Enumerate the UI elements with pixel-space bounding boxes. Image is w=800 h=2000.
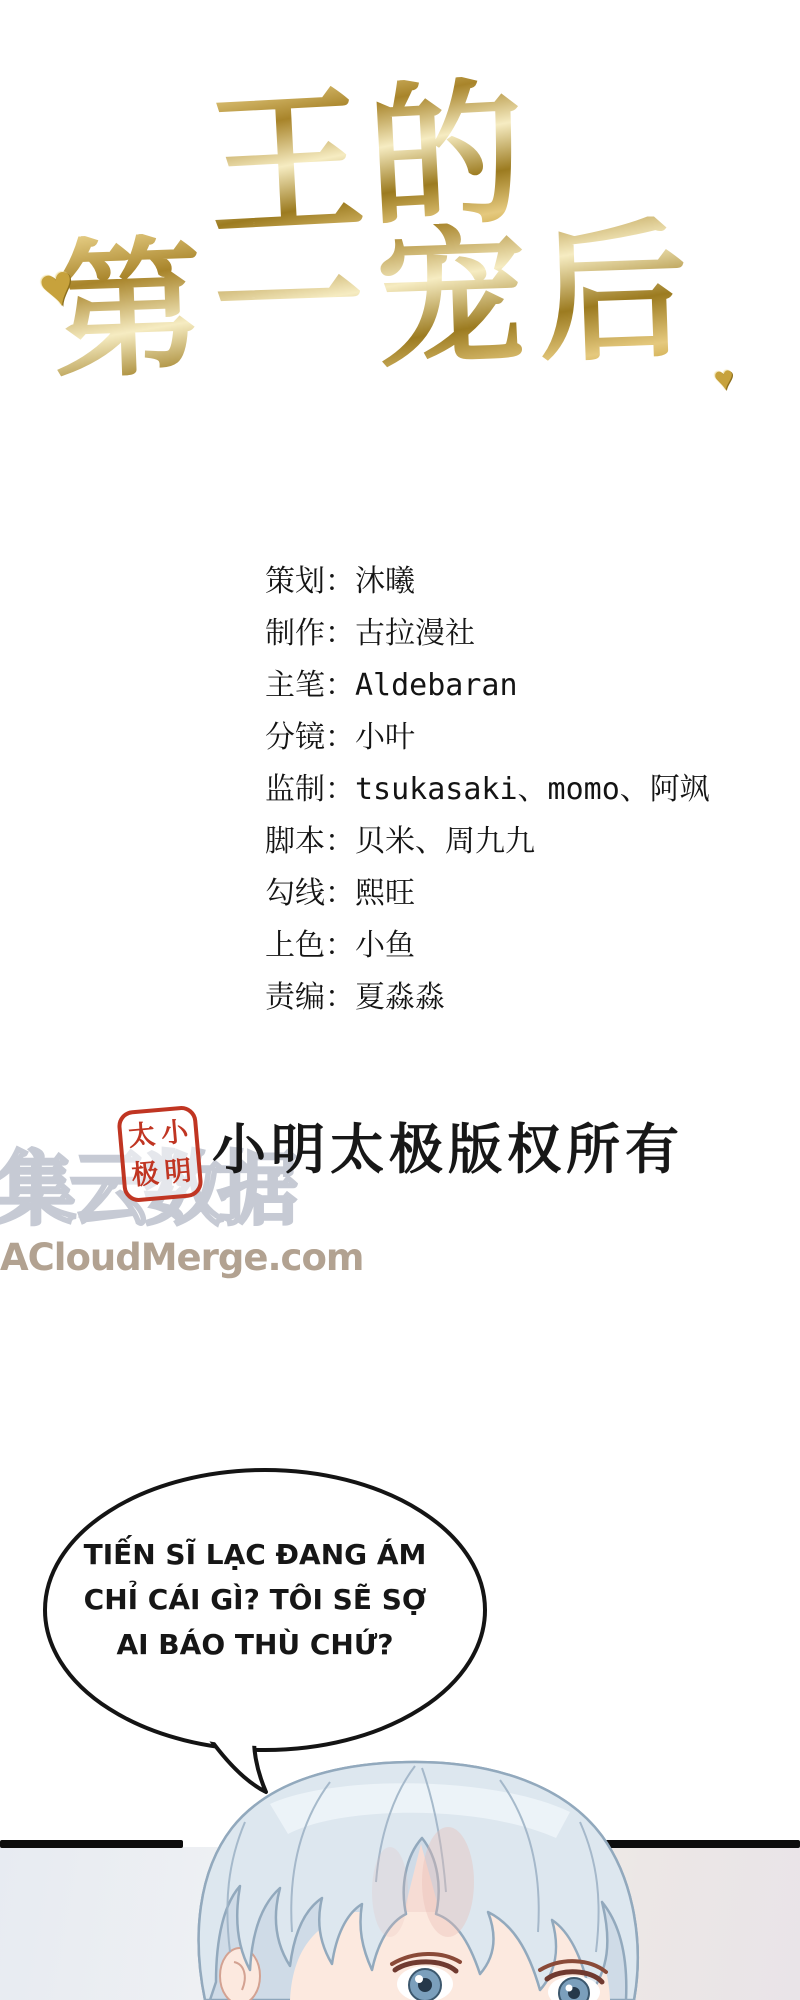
bubble-line: CHỈ CÁI GÌ? TÔI SẼ SỢ — [35, 1577, 475, 1622]
speech-bubble — [0, 0, 800, 2000]
manga-page: 王的 第一宠后 ♥ ♥ 策划：沐曦 制作：古拉漫社 主笔：Aldebaran 分… — [0, 0, 800, 2000]
bubble-line: AI BÁO THÙ CHỨ? — [35, 1622, 475, 1667]
bubble-line: TIẾN SĨ LẠC ĐANG ÁM — [35, 1532, 475, 1577]
speech-bubble-text: TIẾN SĨ LẠC ĐANG ÁM CHỈ CÁI GÌ? TÔI SẼ S… — [35, 1532, 475, 1667]
